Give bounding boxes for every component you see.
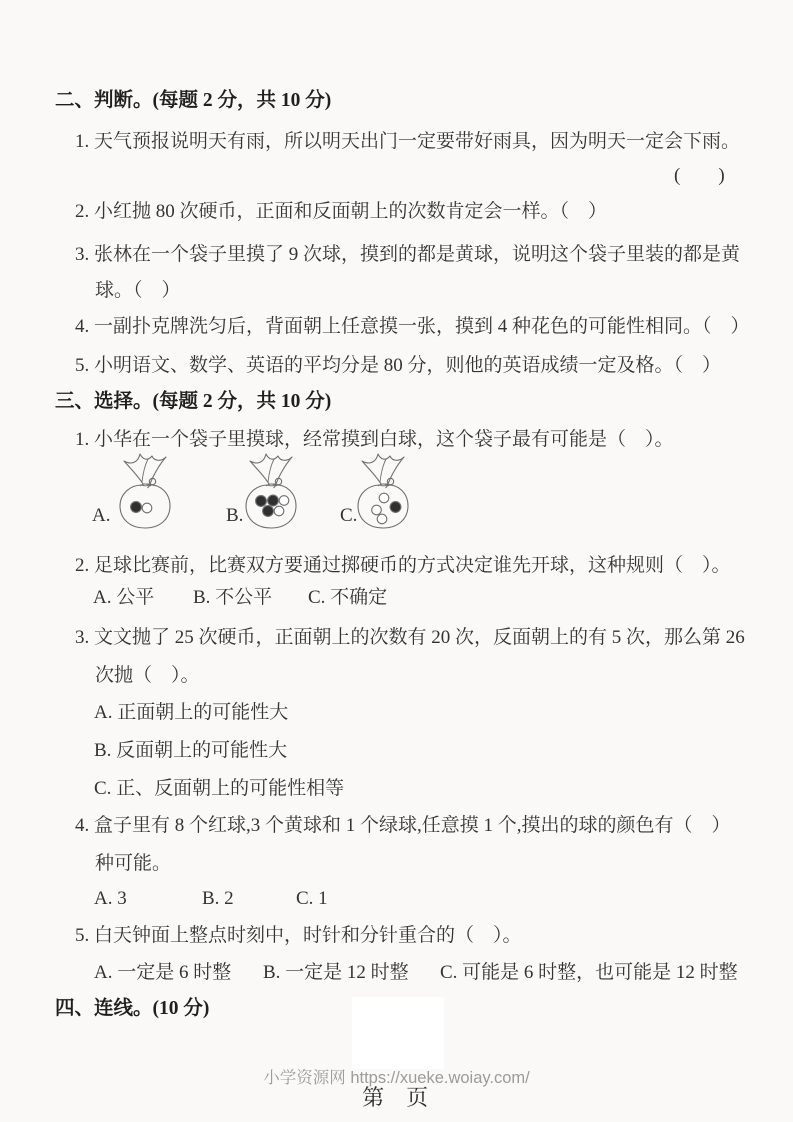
- choice-q2: 2. 足球比赛前，比赛双方要通过掷硬币的方式决定谁先开球，这种规则（ ）。: [75, 553, 731, 578]
- choice-q5-option-a: A. 一定是 6 时整: [94, 960, 231, 985]
- choice-q5: 5. 白天钟面上整点时刻中，时针和分针重合的（ ）。: [75, 923, 522, 948]
- choice-q4-option-c: C. 1: [296, 886, 328, 911]
- choice-q2-option-b: B. 不公平: [193, 585, 272, 610]
- judge-q1-line1: 1. 天气预报说明天有雨，所以明天出门一定要带好雨具，因为明天一定会下雨。: [75, 129, 740, 154]
- judge-q4: 4. 一副扑克牌洗匀后，背面朝上任意摸一张，摸到 4 种花色的可能性相同。（ ）: [75, 314, 750, 339]
- choice-q3-option-b: B. 反面朝上的可能性大: [94, 738, 287, 763]
- choice-q4-option-b: B. 2: [202, 886, 234, 911]
- choice-q5-option-c: C. 可能是 6 时整，也可能是 12 时整: [440, 960, 738, 985]
- choice-q5-option-b: B. 一定是 12 时整: [263, 960, 409, 985]
- choice-q3-line1: 3. 文文抛了 25 次硬币，正面朝上的次数有 20 次，反面朝上的有 5 次，…: [75, 625, 745, 650]
- judge-q5: 5. 小明语文、数学、英语的平均分是 80 分，则他的英语成绩一定及格。（ ）: [75, 353, 721, 378]
- section-choice-header: 三、选择。(每题 2 分，共 10 分): [55, 389, 331, 414]
- section-connect-header: 四、连线。(10 分): [55, 996, 209, 1021]
- choice-q4-option-a: A. 3: [94, 886, 127, 911]
- choice-q2-option-c: C. 不确定: [308, 585, 387, 610]
- bag-option-a-icon: [114, 449, 176, 529]
- judge-q3-line2: 球。（ ）: [95, 278, 181, 303]
- choice-q4-line2: 种可能。: [95, 851, 171, 876]
- worksheet-page: 二、判断。(每题 2 分，共 10 分) 1. 天气预报说明天有雨，所以明天出门…: [0, 0, 793, 1122]
- whiteout-patch: [352, 997, 444, 1069]
- choice-q3-option-c: C. 正、反面朝上的可能性相等: [94, 776, 344, 801]
- bag-option-a-label: A.: [92, 503, 110, 528]
- bag-option-b-icon: [240, 449, 302, 529]
- judge-q3-line1: 3. 张林在一个袋子里摸了 9 次球，摸到的都是黄球，说明这个袋子里装的都是黄: [75, 242, 740, 267]
- choice-q3-line2: 次抛（ ）。: [95, 663, 200, 688]
- page-number-label: 第 页: [362, 1085, 428, 1111]
- choice-q4-line1: 4. 盒子里有 8 个红球,3 个黄球和 1 个绿球,任意摸 1 个,摸出的球的…: [75, 813, 731, 838]
- judge-q1-answer-blank: ( ): [674, 163, 725, 188]
- choice-q2-option-a: A. 公平: [93, 585, 154, 610]
- section-judge-header: 二、判断。(每题 2 分，共 10 分): [55, 88, 331, 113]
- choice-q3-option-a: A. 正面朝上的可能性大: [94, 700, 288, 725]
- bag-option-c-icon: [352, 449, 414, 529]
- judge-q2: 2. 小红抛 80 次硬币，正面和反面朝上的次数肯定会一样。（ ）: [75, 199, 607, 224]
